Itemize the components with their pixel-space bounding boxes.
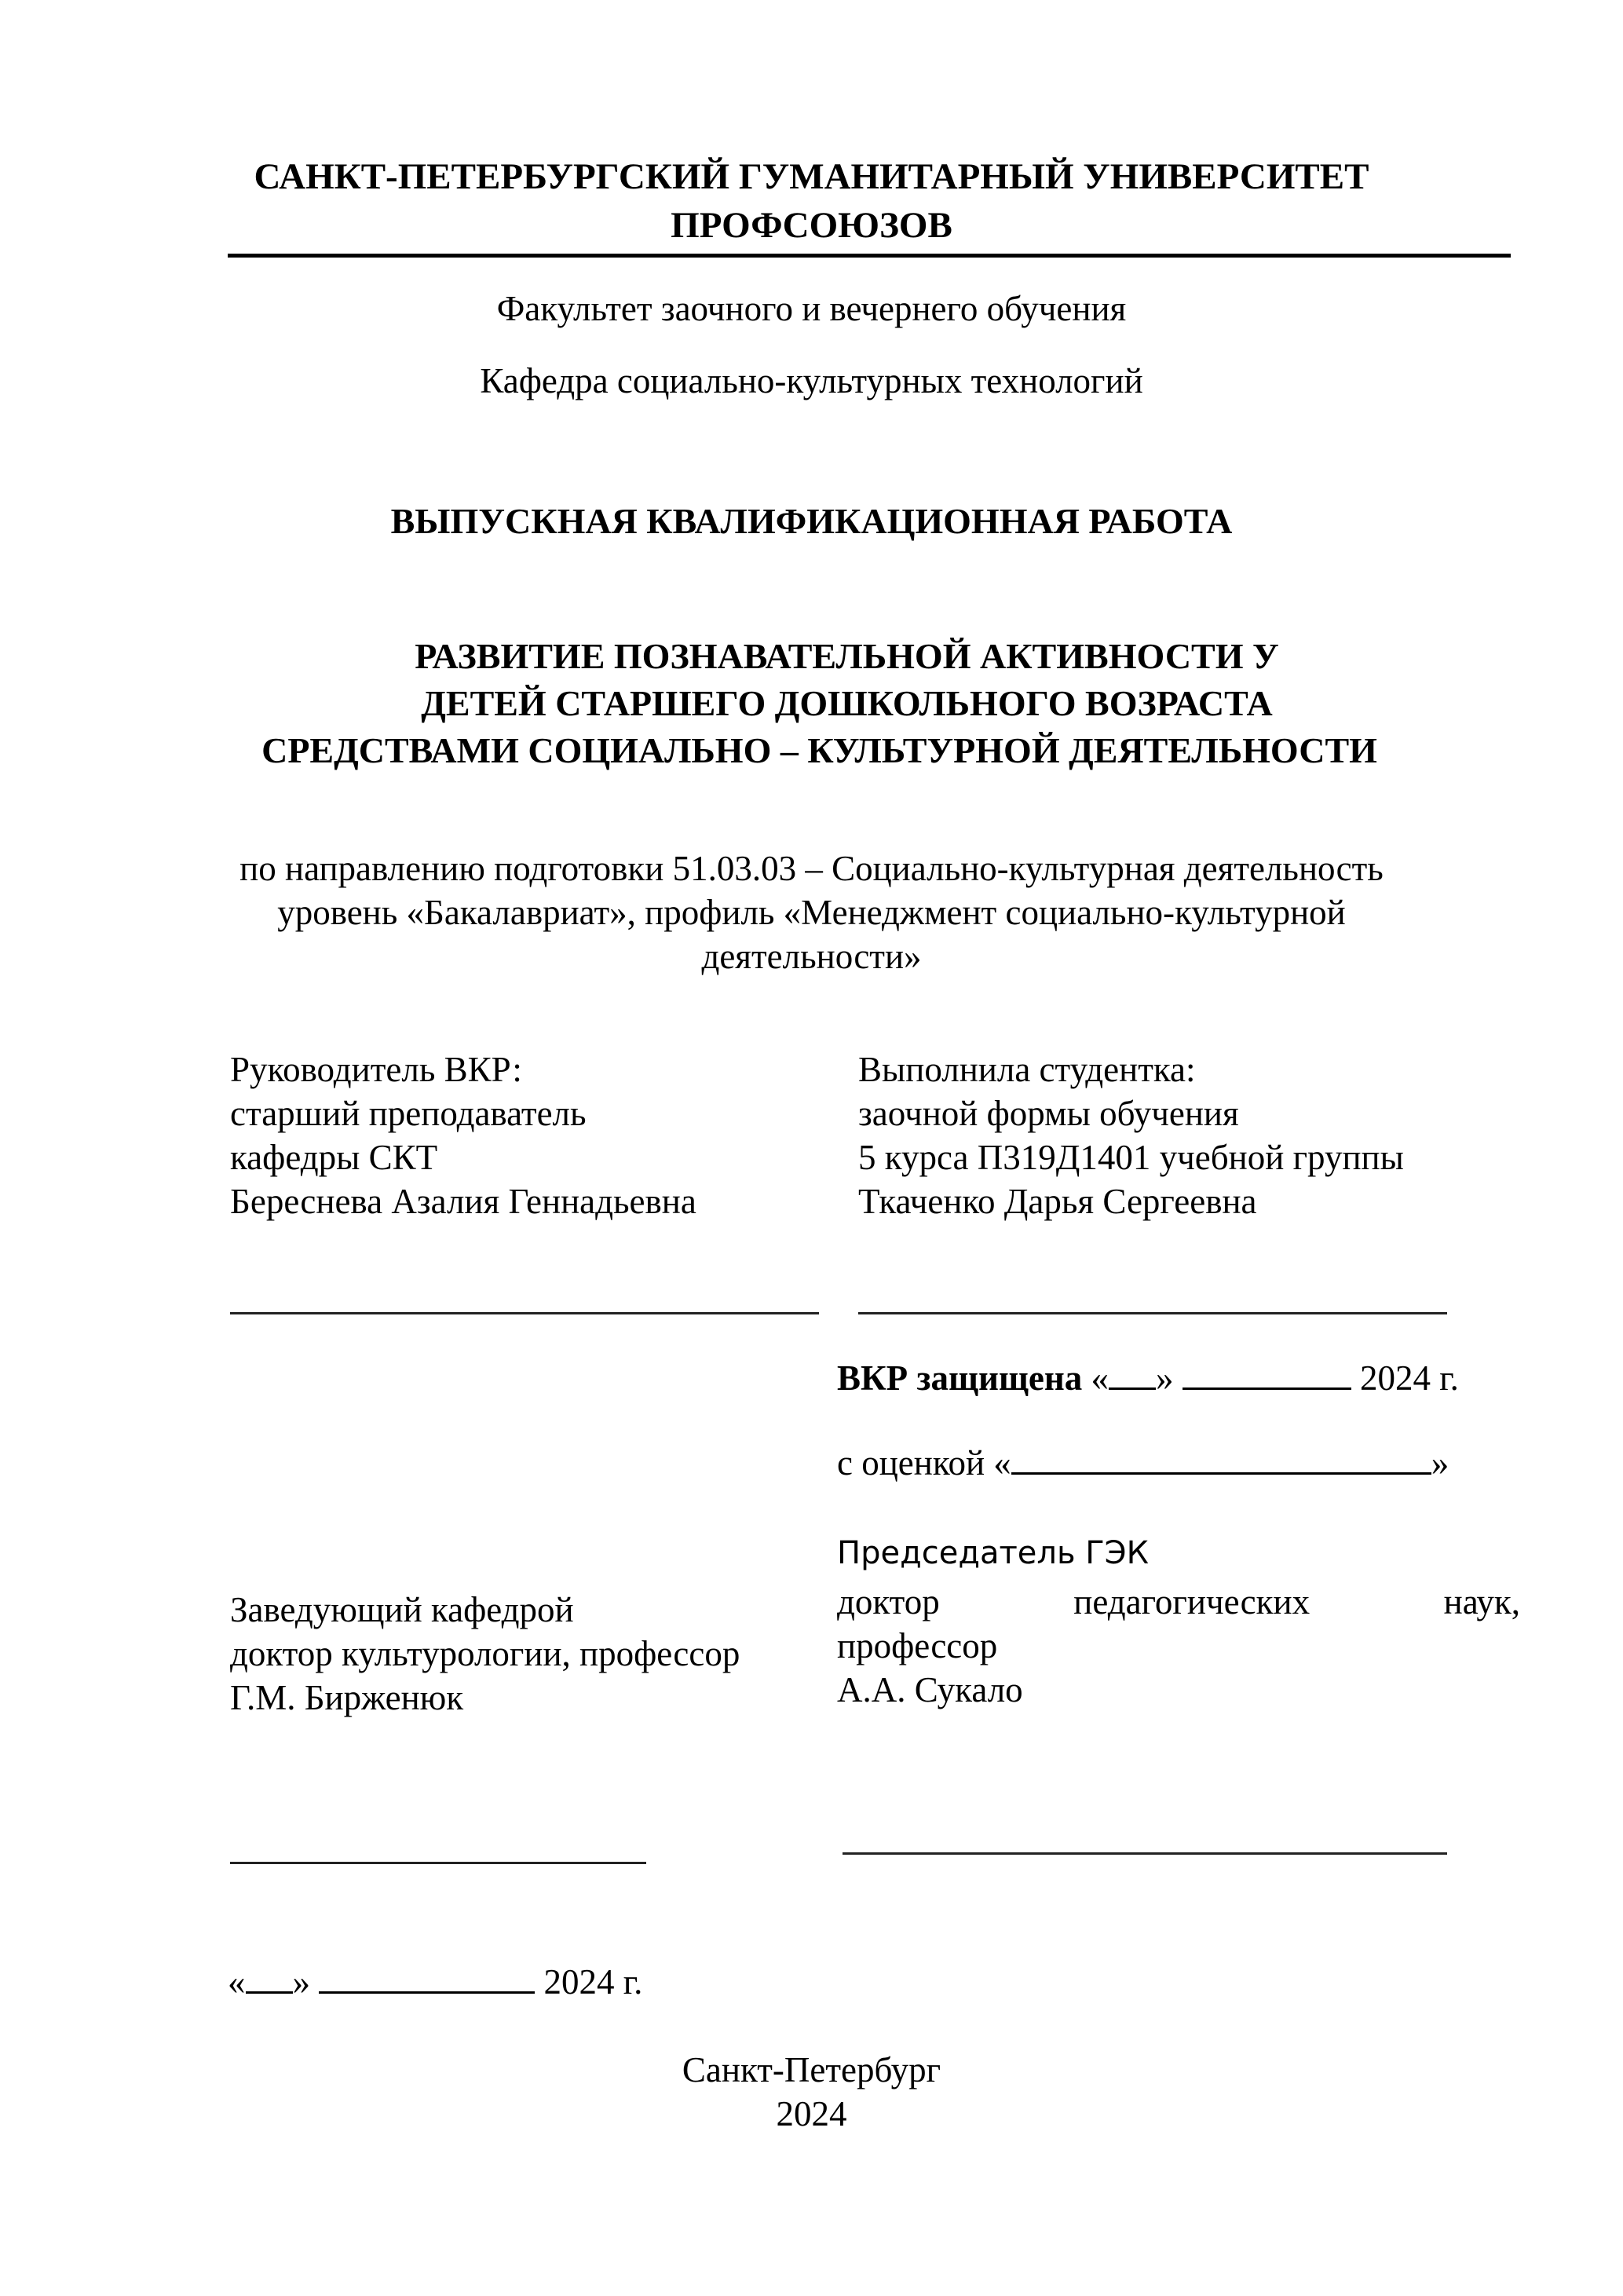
- supervisor-name: Береснева Азалия Геннадьевна: [230, 1179, 696, 1223]
- direction-line1: по направлению подготовки 51.03.03 – Соц…: [0, 846, 1623, 890]
- defense-date-row: ВКР защищена «» 2024 г.: [837, 1354, 1459, 1402]
- head-date-open-quote: «: [228, 1962, 246, 2002]
- defense-day-field[interactable]: [1109, 1356, 1156, 1390]
- footer-city: Санкт-Петербург: [0, 2048, 1623, 2092]
- student-form: заочной формы обучения: [858, 1091, 1404, 1135]
- commission-degree-word2: педагогических: [1073, 1580, 1310, 1624]
- supervisor-signature-line[interactable]: [230, 1312, 819, 1314]
- student-label: Выполнила студентка:: [858, 1047, 1404, 1091]
- head-degree: доктор культурологии, профессор: [230, 1632, 740, 1676]
- defense-year: 2024 г.: [1360, 1358, 1459, 1398]
- thesis-title-line2: ДЕТЕЙ СТАРШЕГО ДОШКОЛЬНОГО ВОЗРАСТА: [0, 680, 1623, 727]
- grade-close-quote: »: [1431, 1443, 1449, 1483]
- student-group: 5 курса П319Д1401 учебной группы: [858, 1135, 1404, 1179]
- direction-line3: деятельности»: [0, 934, 1623, 978]
- student-signature-line[interactable]: [858, 1312, 1447, 1314]
- head-label: Заведующий кафедрой: [230, 1588, 740, 1632]
- commission-title: профессор: [837, 1624, 1520, 1668]
- work-type: ВЫПУСКНАЯ КВАЛИФИКАЦИОННАЯ РАБОТА: [0, 497, 1623, 546]
- commission-degree: доктор педагогических наук,: [837, 1580, 1520, 1624]
- university-name-line2: ПРОФСОЮЗОВ: [0, 203, 1623, 248]
- student-name: Ткаченко Дарья Сергеевна: [858, 1179, 1404, 1223]
- supervisor-label: Руководитель ВКР:: [230, 1047, 696, 1091]
- defense-grade-row: с оценкой «»: [837, 1439, 1449, 1487]
- defense-close-quote: »: [1156, 1358, 1174, 1398]
- grade-label: с оценкой «: [837, 1443, 1011, 1483]
- supervisor-department: кафедры СКТ: [230, 1135, 696, 1179]
- student-block: Выполнила студентка: заочной формы обуче…: [858, 1047, 1404, 1223]
- commission-degree-word1: доктор: [837, 1580, 940, 1624]
- head-date-month-field[interactable]: [319, 1960, 535, 1994]
- head-of-department-block: Заведующий кафедрой доктор культурологии…: [230, 1588, 740, 1720]
- commission-signature-line[interactable]: [843, 1852, 1447, 1855]
- commission-label: Председатель ГЭК: [837, 1531, 1149, 1575]
- supervisor-position: старший преподаватель: [230, 1091, 696, 1135]
- head-signature-line[interactable]: [230, 1862, 646, 1864]
- defense-label: ВКР защищена: [837, 1358, 1082, 1398]
- defense-month-field[interactable]: [1183, 1356, 1351, 1390]
- thesis-title-line1: РАЗВИТИЕ ПОЗНАВАТЕЛЬНОЙ АКТИВНОСТИ У: [0, 633, 1623, 680]
- grade-field[interactable]: [1011, 1441, 1431, 1475]
- commission-name: А.А. Сукало: [837, 1668, 1520, 1712]
- footer-year: 2024: [0, 2092, 1623, 2136]
- university-name-line1: САНКТ-ПЕТЕРБУРГСКИЙ ГУМАНИТАРНЫЙ УНИВЕРС…: [0, 154, 1623, 199]
- defense-open-quote: «: [1091, 1358, 1109, 1398]
- head-date-row: «» 2024 г.: [228, 1958, 642, 2006]
- department-name: Кафедра социально-культурных технологий: [0, 356, 1623, 405]
- head-name: Г.М. Бирженюк: [230, 1676, 740, 1720]
- commission-block: доктор педагогических наук, профессор А.…: [837, 1580, 1520, 1712]
- head-date-close-quote: »: [293, 1962, 311, 2002]
- faculty-name: Факультет заочного и вечернего обучения: [0, 284, 1623, 333]
- direction-line2: уровень «Бакалавриат», профиль «Менеджме…: [0, 890, 1623, 934]
- supervisor-block: Руководитель ВКР: старший преподаватель …: [230, 1047, 696, 1223]
- commission-degree-word3: наук,: [1444, 1580, 1520, 1624]
- thesis-title-line3: СРЕДСТВАМИ СОЦИАЛЬНО – КУЛЬТУРНОЙ ДЕЯТЕЛ…: [0, 727, 1623, 774]
- head-date-day-field[interactable]: [246, 1960, 293, 1994]
- head-date-year: 2024 г.: [544, 1962, 643, 2002]
- header-divider: [228, 254, 1511, 258]
